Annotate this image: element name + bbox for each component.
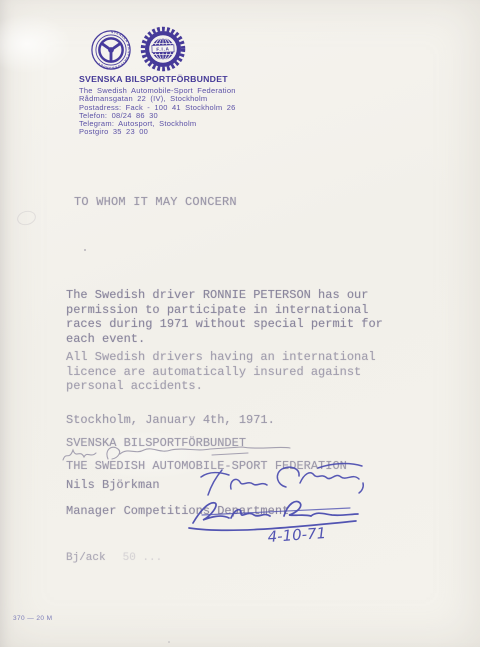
- paper-ring-mark: [16, 209, 38, 227]
- signer-title: Manager Competitions Department: [66, 505, 289, 518]
- reference-line: Bj/ack50 ...: [66, 536, 162, 565]
- scanned-letter-page: SVENSKA BILSPORTFÖRBUNDET F.I.A SVENSKA …: [0, 0, 480, 647]
- letterhead-address-line: Postgiro 35 23 00: [79, 128, 236, 136]
- fia-label-text: F.I.A: [156, 46, 170, 51]
- reference-note: 50 ...: [123, 552, 163, 564]
- print-code: 370 — 20 M: [13, 615, 52, 622]
- fia-banner: F.I.A: [152, 45, 174, 53]
- letterhead-address: The Swedish Automobile-Sport Federation …: [79, 87, 236, 137]
- typed-signer-block: Nils Björkman Manager Competitions Depar…: [66, 466, 289, 531]
- paper-speck: [84, 249, 86, 251]
- paper-smudge: [0, 14, 72, 74]
- sbf-roundel-logo: SVENSKA BILSPORTFÖRBUNDET: [90, 29, 132, 71]
- signer-name: Nils Björkman: [66, 479, 289, 492]
- closing-place-date: Stockholm, January 4th, 1971.: [66, 415, 347, 426]
- body-paragraph-2: All Swedish drivers having an internatio…: [66, 350, 376, 394]
- paper-speck: [168, 641, 170, 643]
- salutation: TO WHOM IT MAY CONCERN: [74, 195, 237, 210]
- letterhead-org-name: SVENSKA BILSPORTFÖRBUNDET: [79, 74, 228, 84]
- fia-gear-logo: F.I.A: [140, 26, 186, 72]
- body-paragraph-1: The Swedish driver RONNIE PETERSON has o…: [66, 288, 383, 346]
- closing-org-line: SVENSKA BILSPORTFÖRBUNDET: [66, 438, 347, 449]
- steering-wheel-icon: [99, 38, 122, 61]
- reference-code: Bj/ack: [66, 552, 106, 564]
